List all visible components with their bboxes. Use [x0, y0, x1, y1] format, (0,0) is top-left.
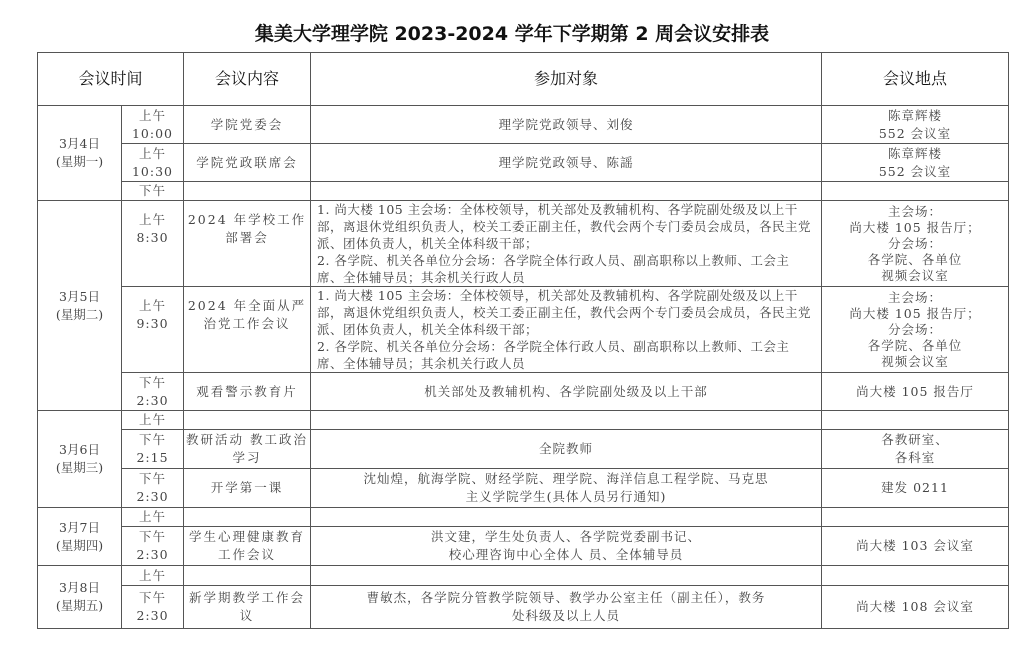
- time-cell: 上午 8:30: [122, 201, 184, 287]
- location-cell: [822, 182, 1009, 201]
- attendees-cell: 沈灿煌，航海学院、财经学院、理学院、海洋信息工程学院、马克思 主义学院学生(具体…: [311, 469, 822, 508]
- content-cell: 2024 年全面从严治党工作会议: [184, 287, 311, 373]
- content-cell: 学生心理健康教育工作会议: [184, 527, 311, 566]
- table-row: 3月7日 (星期四) 上午: [38, 508, 1009, 527]
- content-cell: [184, 182, 311, 201]
- table-row: 下午 2:30 开学第一课 沈灿煌，航海学院、财经学院、理学院、海洋信息工程学院…: [38, 469, 1009, 508]
- header-time: 会议时间: [38, 53, 184, 106]
- date-cell: 3月6日 (星期三): [38, 411, 122, 508]
- table-row: 3月8日 (星期五) 上午: [38, 566, 1009, 586]
- time-cell: 下午 2:30: [122, 469, 184, 508]
- table-row: 上午 10:30 学院党政联席会 理学院党政领导、陈謡 陈章辉楼 552 会议室: [38, 144, 1009, 182]
- table-row: 下午 2:15 教研活动 教工政治学习 全院教师 各教研室、 各科室: [38, 430, 1009, 469]
- header-location: 会议地点: [822, 53, 1009, 106]
- time-cell: 上午 9:30: [122, 287, 184, 373]
- table-row: 3月4日 (星期一) 上午 10:00 学院党委会 理学院党政领导、刘俊 陈章辉…: [38, 106, 1009, 144]
- content-cell: 新学期教学工作会议: [184, 586, 311, 629]
- table-row: 下午 2:30 学生心理健康教育工作会议 洪文建，学生处负责人、各学院党委副书记…: [38, 527, 1009, 566]
- table-row: 下午 2:30 新学期教学工作会议 曹敏杰，各学院分管教学院领导、教学办公室主任…: [38, 586, 1009, 629]
- attendees-cell: 理学院党政领导、陈謡: [311, 144, 822, 182]
- table-row: 3月6日 (星期三) 上午: [38, 411, 1009, 430]
- time-cell: 上午: [122, 508, 184, 527]
- location-cell: [822, 411, 1009, 430]
- time-cell: 下午 2:30: [122, 373, 184, 411]
- location-cell: 陈章辉楼 552 会议室: [822, 106, 1009, 144]
- content-cell: [184, 411, 311, 430]
- attendees-cell: 1. 尚大楼 105 主会场：全体校领导，机关部处及教辅机构、各学院副处级及以上…: [311, 287, 822, 373]
- table-header-row: 会议时间 会议内容 参加对象 会议地点: [38, 53, 1009, 106]
- date-cell: 3月7日 (星期四): [38, 508, 122, 566]
- header-attendees: 参加对象: [311, 53, 822, 106]
- location-cell: 主会场： 尚大楼 105 报告厅； 分会场： 各学院、各单位 视频会议室: [822, 287, 1009, 373]
- attendees-cell: 1. 尚大楼 105 主会场：全体校领导，机关部处及教辅机构、各学院副处级及以上…: [311, 201, 822, 287]
- table-row: 下午 2:30 观看警示教育片 机关部处及教辅机构、各学院副处级及以上干部 尚大…: [38, 373, 1009, 411]
- time-cell: 上午 10:30: [122, 144, 184, 182]
- attendees-cell: [311, 411, 822, 430]
- content-cell: 开学第一课: [184, 469, 311, 508]
- table-row: 上午 9:30 2024 年全面从严治党工作会议 1. 尚大楼 105 主会场：…: [38, 287, 1009, 373]
- attendees-cell: 全院教师: [311, 430, 822, 469]
- content-cell: [184, 566, 311, 586]
- time-cell: 下午 2:15: [122, 430, 184, 469]
- location-cell: [822, 566, 1009, 586]
- attendees-cell: 机关部处及教辅机构、各学院副处级及以上干部: [311, 373, 822, 411]
- attendees-cell: [311, 182, 822, 201]
- attendees-cell: [311, 566, 822, 586]
- page-title: 集美大学理学院 2023-2024 学年下学期第 2 周会议安排表: [0, 19, 1024, 46]
- location-cell: 陈章辉楼 552 会议室: [822, 144, 1009, 182]
- location-cell: 尚大楼 108 会议室: [822, 586, 1009, 629]
- time-cell: 下午 2:30: [122, 527, 184, 566]
- location-cell: 建发 0211: [822, 469, 1009, 508]
- time-cell: 下午 2:30: [122, 586, 184, 629]
- location-cell: 各教研室、 各科室: [822, 430, 1009, 469]
- content-cell: 观看警示教育片: [184, 373, 311, 411]
- content-cell: 2024 年学校工作部署会: [184, 201, 311, 287]
- location-cell: 尚大楼 103 会议室: [822, 527, 1009, 566]
- date-cell: 3月4日 (星期一): [38, 106, 122, 201]
- time-cell: 下午: [122, 182, 184, 201]
- header-content: 会议内容: [184, 53, 311, 106]
- table-row: 3月5日 (星期二) 上午 8:30 2024 年学校工作部署会 1. 尚大楼 …: [38, 201, 1009, 287]
- content-cell: 学院党委会: [184, 106, 311, 144]
- content-cell: 学院党政联席会: [184, 144, 311, 182]
- date-cell: 3月8日 (星期五): [38, 566, 122, 629]
- location-cell: 主会场： 尚大楼 105 报告厅； 分会场： 各学院、各单位 视频会议室: [822, 201, 1009, 287]
- attendees-cell: [311, 508, 822, 527]
- table-row: 下午: [38, 182, 1009, 201]
- attendees-cell: 洪文建，学生处负责人、各学院党委副书记、 校心理咨询中心全体人 员、全体辅导员: [311, 527, 822, 566]
- attendees-cell: 曹敏杰，各学院分管教学院领导、教学办公室主任（副主任），教务 处科级及以上人员: [311, 586, 822, 629]
- time-cell: 上午 10:00: [122, 106, 184, 144]
- meeting-schedule-table: 会议时间 会议内容 参加对象 会议地点 3月4日 (星期一) 上午 10:00 …: [37, 52, 1009, 629]
- time-cell: 上午: [122, 566, 184, 586]
- attendees-cell: 理学院党政领导、刘俊: [311, 106, 822, 144]
- date-cell: 3月5日 (星期二): [38, 201, 122, 411]
- time-cell: 上午: [122, 411, 184, 430]
- content-cell: [184, 508, 311, 527]
- content-cell: 教研活动 教工政治学习: [184, 430, 311, 469]
- location-cell: [822, 508, 1009, 527]
- location-cell: 尚大楼 105 报告厅: [822, 373, 1009, 411]
